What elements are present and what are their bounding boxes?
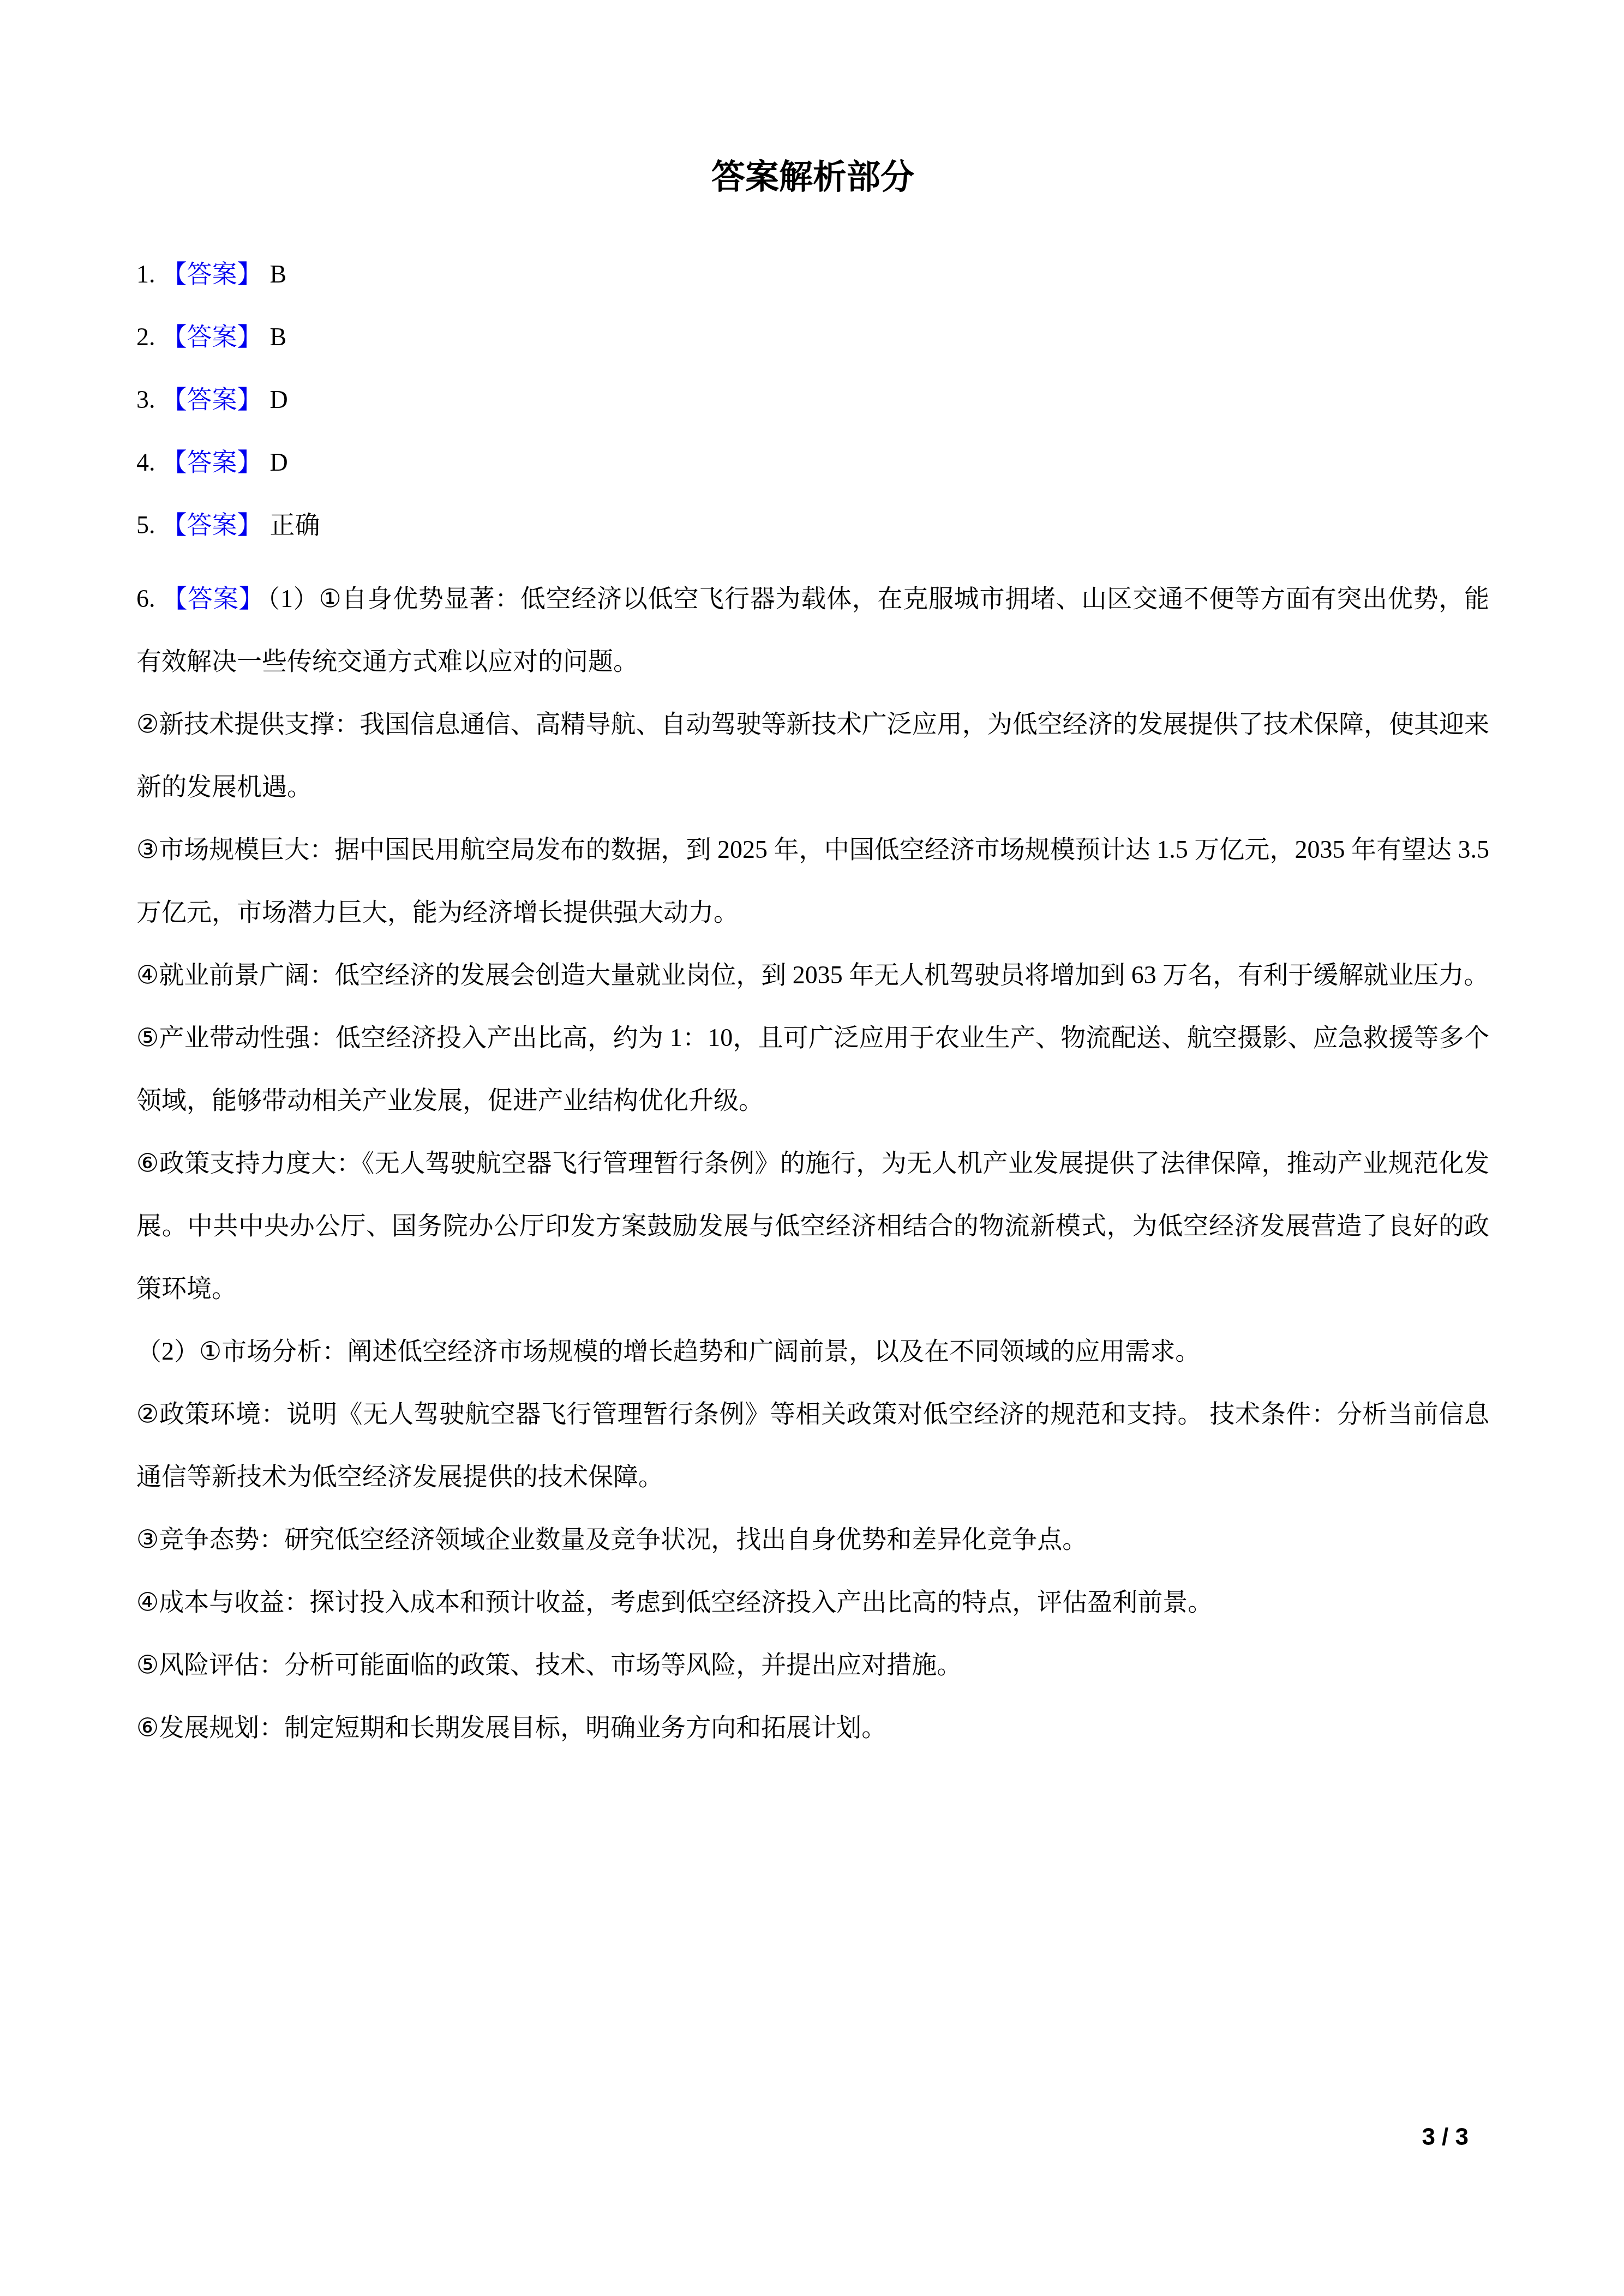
document-page: 答案解析部分 1.【答案】B 2.【答案】B 3.【答案】D 4.【答案】D 5… xyxy=(0,0,1624,2296)
page-number: 3 / 3 xyxy=(1422,2123,1469,2151)
answer-6-paragraph: ②新技术提供支撑：我国信息通信、高精导航、自动驾驶等新技术广泛应用，为低空经济的… xyxy=(136,693,1489,818)
answer-key-link[interactable]: 【答案】 xyxy=(162,511,262,539)
answer-number: 3. xyxy=(136,386,155,413)
answer-value: B xyxy=(270,260,287,288)
answer-6-paragraph: ④就业前景广阔：低空经济的发展会创造大量就业岗位，到 2035 年无人机驾驶员将… xyxy=(136,943,1489,1006)
answer-item-4: 4.【答案】D xyxy=(136,431,1489,494)
answer-key-link[interactable]: 【答案】 xyxy=(162,323,262,351)
answer-number: 6. xyxy=(136,585,155,612)
answer-6-text-part-1: （1）①自身优势显著：低空经济以低空飞行器为载体，在克服城市拥堵、山区交通不便等… xyxy=(136,585,1489,675)
answer-key-link[interactable]: 【答案】 xyxy=(162,260,262,288)
answer-item-2: 2.【答案】B xyxy=(136,305,1489,368)
answer-value: D xyxy=(270,448,288,476)
answer-6-paragraph: ⑤产业带动性强：低空经济投入产出比高，约为 1：10，且可广泛应用于农业生产、物… xyxy=(136,1006,1489,1132)
answer-item-5: 5.【答案】正确 xyxy=(136,494,1489,556)
answer-6-paragraph: ③市场规模巨大：据中国民用航空局发布的数据，到 2025 年，中国低空经济市场规… xyxy=(136,818,1489,943)
answer-key-link[interactable]: 【答案】 xyxy=(162,448,262,476)
answer-6-paragraph: ⑥政策支持力度大：《无人驾驶航空器飞行管理暂行条例》的施行，为无人机产业发展提供… xyxy=(136,1132,1489,1320)
answer-6-paragraph: （2）①市场分析：阐述低空经济市场规模的增长趋势和广阔前景，以及在不同领域的应用… xyxy=(136,1320,1489,1383)
answer-number: 2. xyxy=(136,323,155,351)
answer-number: 5. xyxy=(136,511,155,539)
answer-6-paragraph: ⑥发展规划：制定短期和长期发展目标，明确业务方向和拓展计划。 xyxy=(136,1696,1489,1759)
answer-6-paragraph: ③竞争态势：研究低空经济领域企业数量及竞争状况，找出自身优势和差异化竞争点。 xyxy=(136,1508,1489,1571)
answer-value: D xyxy=(270,386,288,413)
answer-key-link[interactable]: 【答案】 xyxy=(162,386,262,413)
answer-6-paragraph: 6.【答案】（1）①自身优势显著：低空经济以低空飞行器为载体，在克服城市拥堵、山… xyxy=(136,567,1489,693)
answer-item-6: 6.【答案】（1）①自身优势显著：低空经济以低空飞行器为载体，在克服城市拥堵、山… xyxy=(136,567,1489,1759)
answer-item-3: 3.【答案】D xyxy=(136,368,1489,431)
answer-value: B xyxy=(270,323,287,351)
answer-number: 1. xyxy=(136,260,155,288)
answer-6-paragraph: ④成本与收益：探讨投入成本和预计收益，考虑到低空经济投入产出比高的特点，评估盈利… xyxy=(136,1571,1489,1633)
answers-list: 1.【答案】B 2.【答案】B 3.【答案】D 4.【答案】D 5.【答案】正确… xyxy=(136,243,1489,1759)
page-title: 答案解析部分 xyxy=(136,161,1489,195)
answer-number: 4. xyxy=(136,448,155,476)
answer-value: 正确 xyxy=(270,511,320,539)
answer-item-1: 1.【答案】B xyxy=(136,243,1489,305)
answer-6-paragraph: ⑤风险评估：分析可能面临的政策、技术、市场等风险，并提出应对措施。 xyxy=(136,1633,1489,1696)
answer-6-paragraph: ②政策环境：说明《无人驾驶航空器飞行管理暂行条例》等相关政策对低空经济的规范和支… xyxy=(136,1383,1489,1508)
answer-key-link[interactable]: 【答案】 xyxy=(162,585,265,612)
